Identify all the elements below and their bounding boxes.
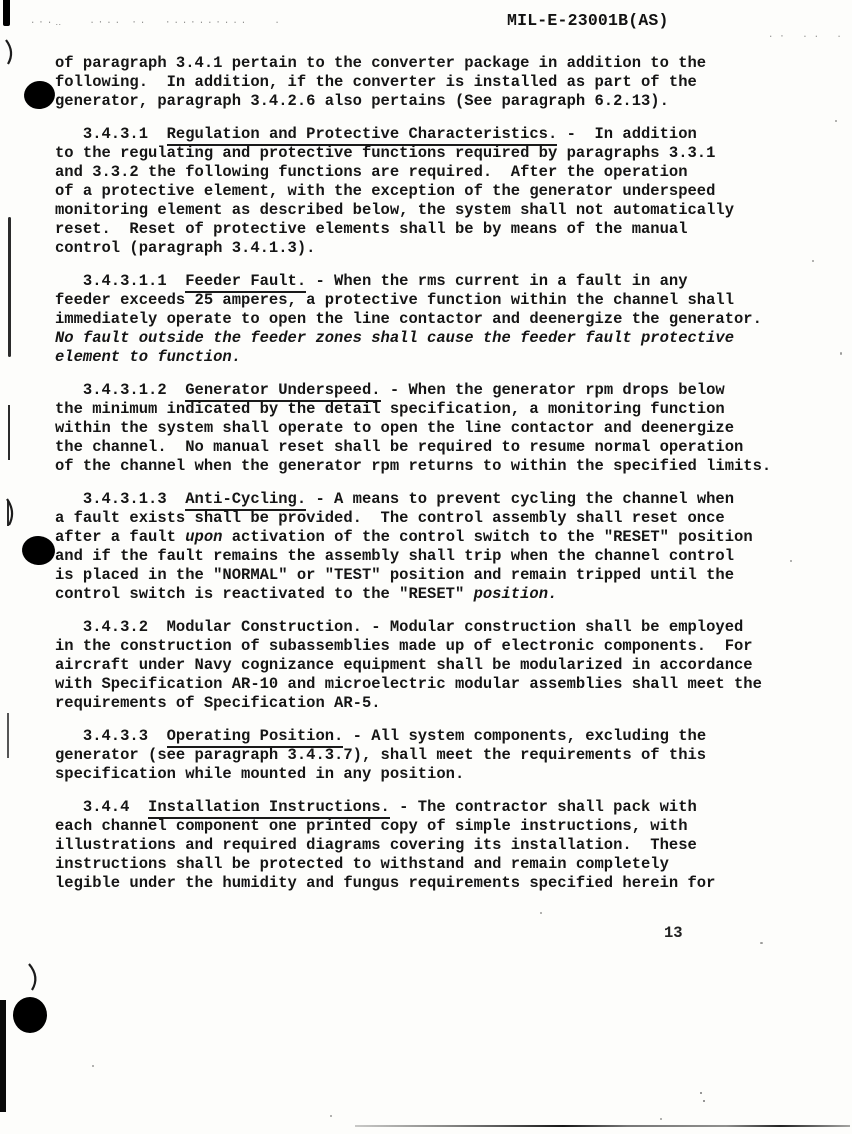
scan-edge-bar <box>3 0 10 26</box>
paragraph: 3.4.3.1.3 Anti-Cycling. - A means to pre… <box>55 490 795 604</box>
paragraph: 3.4.3.1.2 Generator Underspeed. - When t… <box>55 381 795 476</box>
text-line: following. In addition, if the converter… <box>55 73 795 92</box>
text-line: generator (see paragraph 3.4.3.7), shall… <box>55 746 795 765</box>
scan-paren-mark <box>3 38 17 66</box>
text-line: to the regulating and protective functio… <box>55 144 795 163</box>
scan-edge-line <box>8 217 11 357</box>
text-line: monitoring element as described below, t… <box>55 201 795 220</box>
hole-punch-mark <box>22 79 57 111</box>
text-line: each channel component one printed copy … <box>55 817 795 836</box>
paragraph: 3.4.3.1 Regulation and Protective Charac… <box>55 125 795 258</box>
scan-edge-line <box>8 405 10 460</box>
scan-smudge: ·⋅·‥ ·⋅·· ⋅· ⋅··⋅··⋅··· · <box>30 18 283 28</box>
text-line: of a protective element, with the except… <box>55 182 795 201</box>
text-line: specification while mounted in any posit… <box>55 765 795 784</box>
scan-edge-line <box>7 713 9 758</box>
text-line: 3.4.3.1.2 Generator Underspeed. - When t… <box>55 381 795 400</box>
paragraph: 3.4.3.1.1 Feeder Fault. - When the rms c… <box>55 272 795 367</box>
document-id-header: MIL-E-23001B(AS) <box>507 11 669 30</box>
text-line: 3.4.3.2 Modular Construction. - Modular … <box>55 618 795 637</box>
scan-paren-mark <box>24 962 42 992</box>
text-line: reset. Reset of protective elements shal… <box>55 220 795 239</box>
text-line: requirements of Specification AR-5. <box>55 694 795 713</box>
hole-punch-mark <box>21 534 57 566</box>
hole-punch-mark <box>13 997 47 1033</box>
text-line: control (paragraph 3.4.1.3). <box>55 239 795 258</box>
document-body: of paragraph 3.4.1 pertain to the conver… <box>55 54 795 907</box>
paragraph: of paragraph 3.4.1 pertain to the conver… <box>55 54 795 111</box>
scan-bottom-line <box>355 1125 850 1127</box>
text-line: is placed in the "NORMAL" or "TEST" posi… <box>55 566 795 585</box>
text-line: generator, paragraph 3.4.2.6 also pertai… <box>55 92 795 111</box>
paragraph: 3.4.3.2 Modular Construction. - Modular … <box>55 618 795 713</box>
text-line: control switch is reactivated to the "RE… <box>55 585 795 604</box>
text-line: 3.4.3.1.3 Anti-Cycling. - A means to pre… <box>55 490 795 509</box>
text-line: of the channel when the generator rpm re… <box>55 457 795 476</box>
text-line: immediately operate to open the line con… <box>55 310 795 329</box>
text-line: element to function. <box>55 348 795 367</box>
text-line: and 3.3.2 the following functions are re… <box>55 163 795 182</box>
text-line: instructions shall be protected to withs… <box>55 855 795 874</box>
scanned-document-page: MIL-E-23001B(AS) of paragraph 3.4.1 pert… <box>0 0 852 1134</box>
text-line: 3.4.3.1.1 Feeder Fault. - When the rms c… <box>55 272 795 291</box>
text-line: 3.4.3.3 Operating Position. - All system… <box>55 727 795 746</box>
scan-edge-bar <box>0 1000 6 1112</box>
text-line: 3.4.4 Installation Instructions. - The c… <box>55 798 795 817</box>
text-line: illustrations and required diagrams cove… <box>55 836 795 855</box>
text-line: of paragraph 3.4.1 pertain to the conver… <box>55 54 795 73</box>
text-line: No fault outside the feeder zones shall … <box>55 329 795 348</box>
text-line: after a fault upon activation of the con… <box>55 528 795 547</box>
text-line: legible under the humidity and fungus re… <box>55 874 795 893</box>
text-line: aircraft under Navy cognizance equipment… <box>55 656 795 675</box>
paragraph: 3.4.3.3 Operating Position. - All system… <box>55 727 795 784</box>
text-line: and if the fault remains the assembly sh… <box>55 547 795 566</box>
scan-smudge: ·⋅ ·· · <box>768 32 848 42</box>
text-line: feeder exceeds 25 amperes, a protective … <box>55 291 795 310</box>
text-line: 3.4.3.1 Regulation and Protective Charac… <box>55 125 795 144</box>
page-number: 13 <box>664 924 683 942</box>
text-line: the channel. No manual reset shall be re… <box>55 438 795 457</box>
text-line: in the construction of subassemblies mad… <box>55 637 795 656</box>
text-line: with Specification AR-10 and microelectr… <box>55 675 795 694</box>
text-line: a fault exists shall be provided. The co… <box>55 509 795 528</box>
paragraph: 3.4.4 Installation Instructions. - The c… <box>55 798 795 893</box>
text-line: the minimum indicated by the detail spec… <box>55 400 795 419</box>
text-line: within the system shall operate to open … <box>55 419 795 438</box>
scan-paren-mark <box>3 497 17 527</box>
